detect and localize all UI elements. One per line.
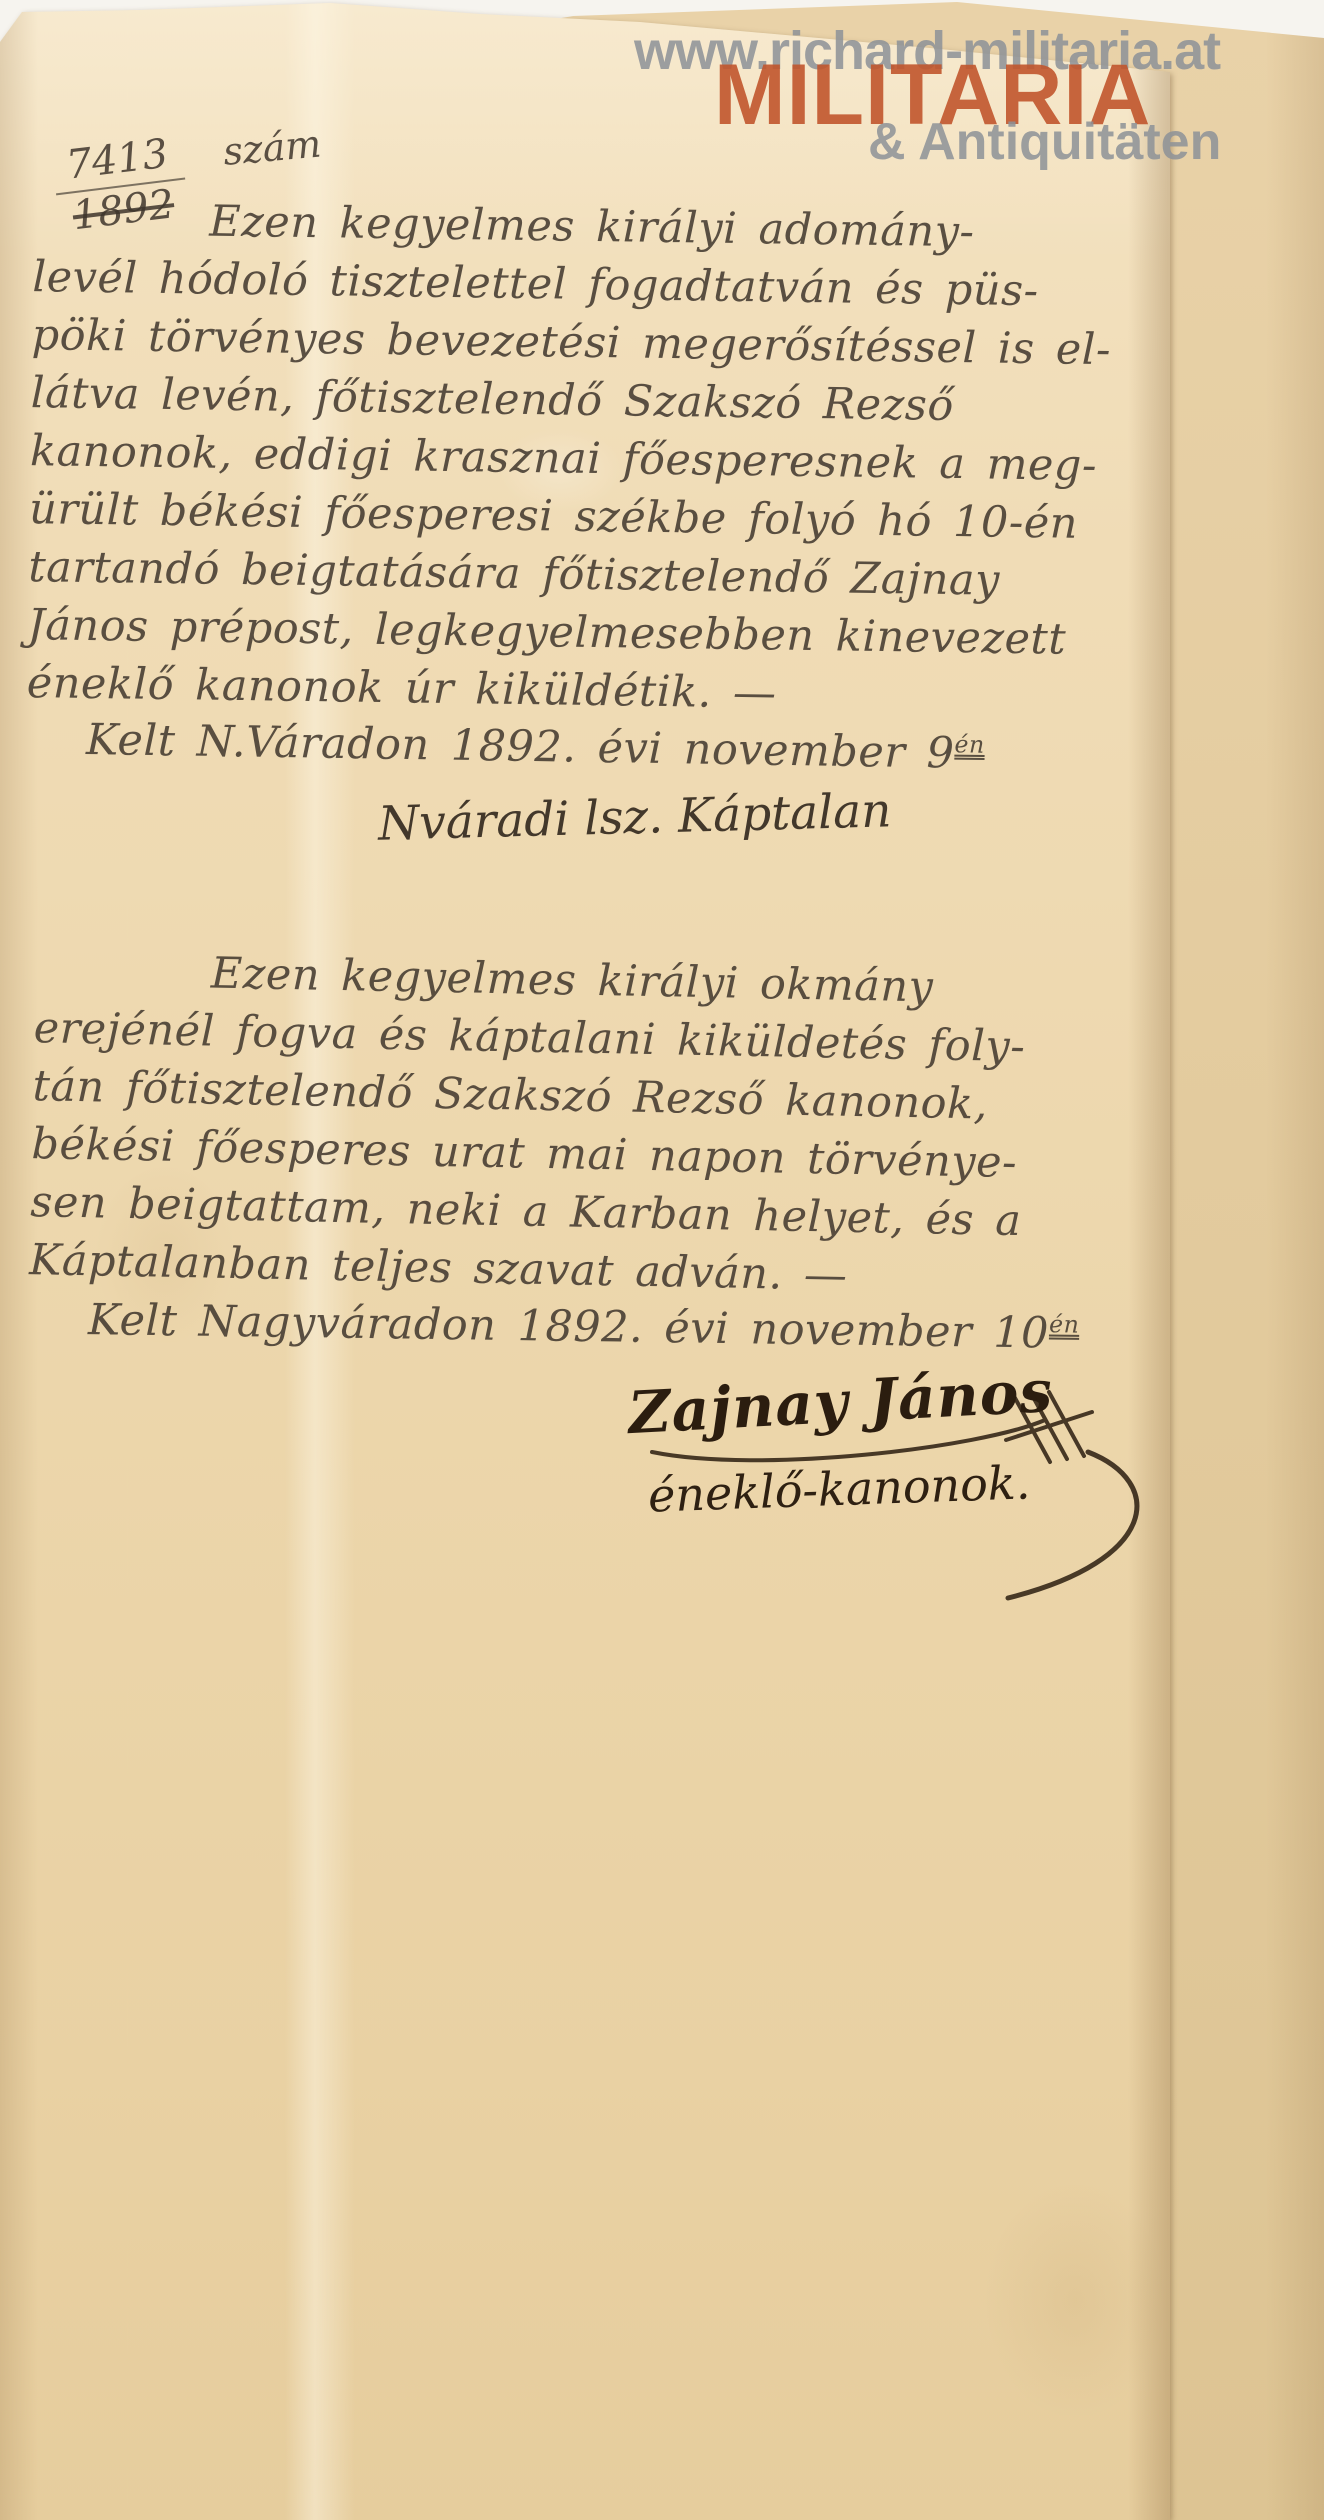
registry-label: szám	[221, 122, 323, 175]
dateline-1-superscript: én	[954, 730, 985, 758]
paragraph-1: Ezen kegyelmes királyi adomány-levél hód…	[26, 190, 1165, 728]
document-photo: 7413 1892 szám Ezen kegyelmes királyi ad…	[0, 0, 1324, 2520]
dateline-2-superscript: én	[1049, 1310, 1080, 1338]
paragraph-2: Ezen kegyelmes királyi okmányerejénél fo…	[29, 941, 1167, 1311]
